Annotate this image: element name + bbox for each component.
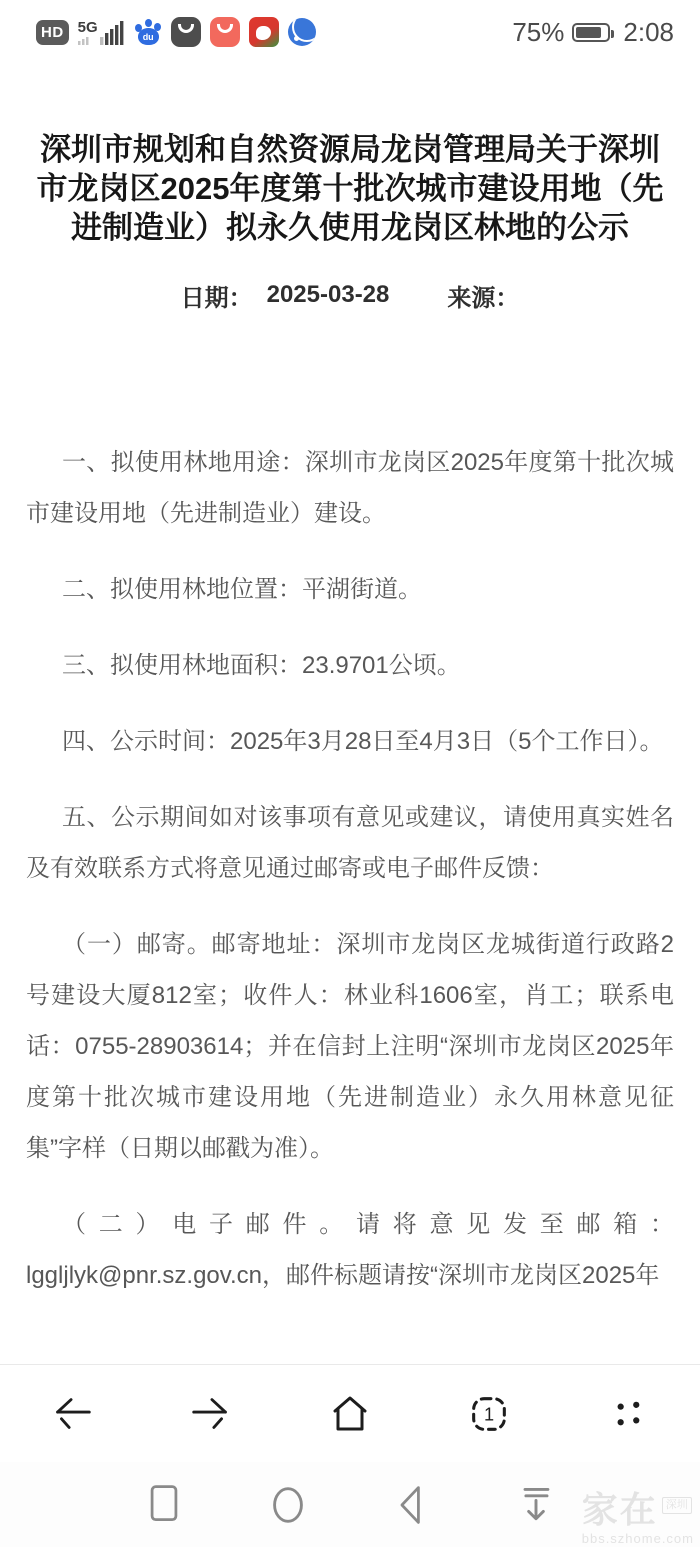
promo-app-icon — [249, 17, 279, 47]
store-icon — [210, 17, 240, 47]
page-title: 深圳市规划和自然资源局龙岗管理局关于深圳市龙岗区2025年度第十批次城市建设用地… — [28, 130, 672, 247]
browser-toolbar: 1 — [0, 1364, 700, 1462]
home-button[interactable] — [322, 1386, 378, 1442]
szhome-watermark: 家在 深圳 bbs.szhome.com — [582, 1492, 694, 1545]
hd-badge: HD — [36, 20, 69, 45]
tab-count: 1 — [484, 1404, 494, 1424]
clock: 2:08 — [623, 17, 674, 48]
date-label: 日期： — [181, 278, 253, 313]
tabs-icon: 1 — [466, 1391, 512, 1437]
paragraph-4: 四、公示时间：2025年3月28日至4月3日（5个工作日）。 — [26, 716, 674, 767]
paragraph-1: 一、拟使用林地用途：深圳市龙岗区2025年度第十批次城市建设用地（先进制造业）建… — [26, 437, 674, 539]
date-value: 2025-03-28 — [267, 281, 390, 309]
baidu-icon: du — [135, 19, 162, 46]
system-nav-bar: 家在 深圳 bbs.szhome.com — [0, 1462, 700, 1547]
sim2-signal-bars-icon — [78, 35, 94, 45]
paragraph-2: 二、拟使用林地位置：平湖街道。 — [26, 564, 674, 615]
tabs-button[interactable]: 1 — [461, 1386, 517, 1442]
hide-navbar-button[interactable] — [512, 1481, 560, 1529]
browser-globe-icon — [288, 18, 316, 46]
status-right: 75% 2:08 — [512, 17, 674, 48]
recents-square-icon — [142, 1481, 186, 1529]
phone-screen: HD 5G — [0, 0, 700, 1547]
paragraph-3: 三、拟使用林地面积：23.9701公顷。 — [26, 640, 674, 691]
source-label: 来源： — [447, 278, 519, 313]
back-button[interactable] — [44, 1386, 100, 1442]
hide-navbar-icon — [514, 1481, 558, 1529]
appgallery-icon — [171, 17, 201, 47]
forward-arrow-icon — [188, 1391, 234, 1437]
back-triangle-icon — [390, 1481, 434, 1529]
network-indicator: 5G — [78, 19, 126, 45]
article-meta: 日期： 2025-03-28 来源： — [0, 280, 700, 310]
home-circle-icon — [265, 1479, 311, 1531]
paragraph-5: 五、公示期间如对该事项有意见或建议，请使用真实姓名及有效联系方式将意见通过邮寄或… — [26, 792, 674, 894]
recents-button[interactable] — [140, 1481, 188, 1529]
watermark-site: bbs.szhome.com — [582, 1532, 694, 1545]
status-bar: HD 5G — [0, 0, 700, 58]
back-nav-button[interactable] — [388, 1481, 436, 1529]
home-nav-button[interactable] — [264, 1481, 312, 1529]
battery-icon — [572, 23, 610, 42]
network-type-label: 5G — [78, 21, 98, 35]
paragraph-7: （二）电子邮件。请将意见发至邮箱：lggljlyk@pnr.sz.gov.cn，… — [26, 1199, 674, 1301]
back-arrow-icon — [49, 1391, 95, 1437]
home-icon — [326, 1390, 374, 1438]
forward-button[interactable] — [183, 1386, 239, 1442]
article-body: 一、拟使用林地用途：深圳市龙岗区2025年度第十批次城市建设用地（先进制造业）建… — [0, 437, 700, 1301]
battery-percent: 75% — [512, 17, 564, 48]
watermark-badge: 深圳 — [662, 1497, 692, 1514]
menu-button[interactable] — [600, 1386, 656, 1442]
status-left-icons: HD 5G — [36, 17, 316, 47]
menu-dots-icon — [606, 1392, 650, 1436]
watermark-brand: 家在 — [582, 1492, 658, 1528]
page-content: 深圳市规划和自然资源局龙岗管理局关于深圳市龙岗区2025年度第十批次城市建设用地… — [0, 58, 700, 1364]
signal-bars-icon — [100, 19, 126, 45]
paragraph-6: （一）邮寄。邮寄地址：深圳市龙岗区龙城街道行政路2号建设大厦812室；收件人：林… — [26, 919, 674, 1174]
